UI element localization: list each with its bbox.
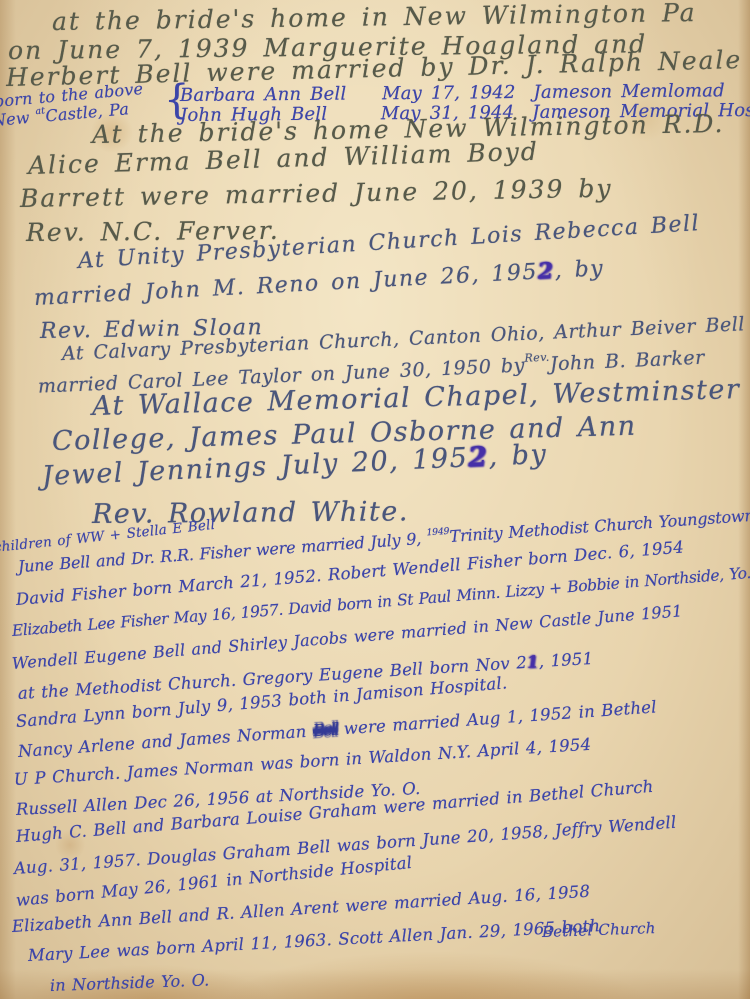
handwriting-text: , 1951 [538,649,594,671]
superscript-insertion: Rev. [524,351,550,365]
entry-line: in Northside Yo. O. [50,971,210,994]
handwriting-text: in Northside Yo. O. [50,970,210,995]
handwriting-text: Barrett were married June 20, 1939 by [20,174,613,213]
ink-blot-correction: 2 [537,258,555,285]
handwriting-text: New [0,107,37,130]
ink-blot-correction: 2 [468,442,490,474]
handwriting-text: were married Aug 1, 1952 in Bethel [337,697,658,738]
superscript-insertion: 1949 [426,526,449,539]
entry-line: Barrett were married June 20, 1939 by [20,175,613,213]
scribbled-out-word: Bell [312,720,338,741]
handwriting-text: John B. Barker [550,347,706,376]
scrapbook-page: at the bride's home in New Wilmington Pa… [0,0,750,999]
handwriting-text: Trinity Methodist Church Youngstown. O. [449,504,750,546]
handwriting-text: , by [554,256,605,284]
handwriting-text: , by [488,439,548,473]
